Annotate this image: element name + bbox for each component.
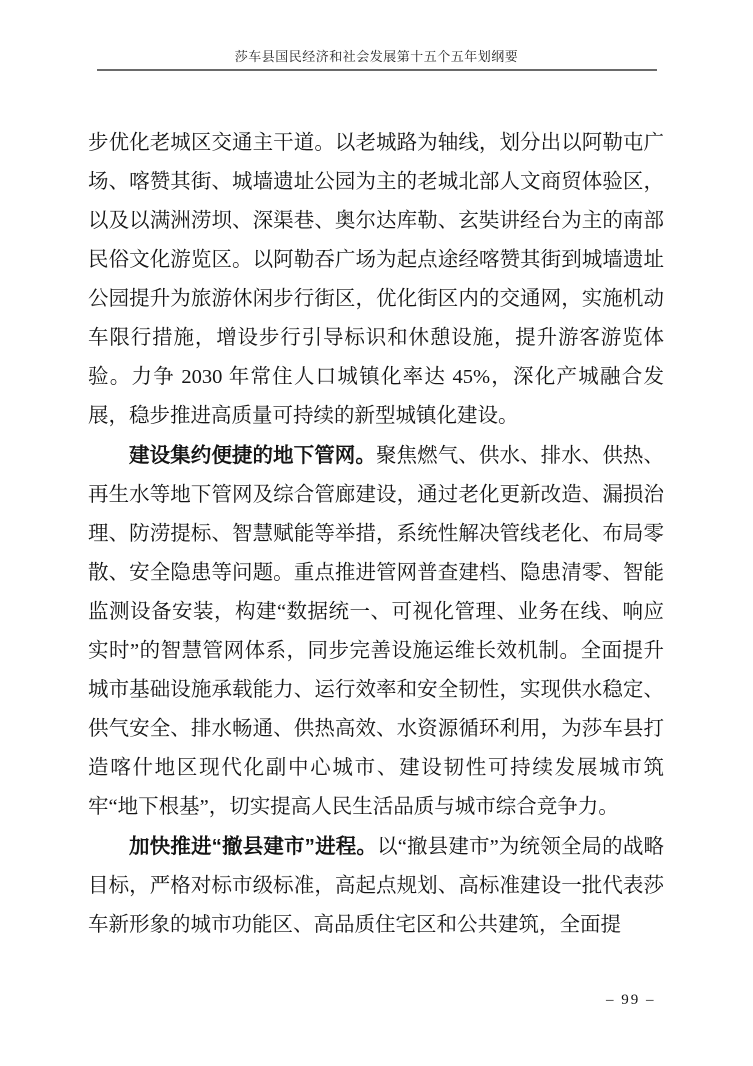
running-header-title: 莎车县国民经济和社会发展第十五个五年划纲要: [0, 46, 753, 65]
paragraph-continuation: 步优化老城区交通主干道。以老城路为轴线，划分出以阿勒屯广场、喀赞其街、城墙遗址公…: [88, 124, 664, 436]
paragraph-text: 步优化老城区交通主干道。以老城路为轴线，划分出以阿勒屯广场、喀赞其街、城墙遗址公…: [88, 132, 664, 427]
page-number: – 99 –: [606, 992, 656, 1009]
paragraph-county-to-city: 加快推进“撤县建市”进程。以“撤县建市”为统领全局的战略目标，严格对标市级标准，…: [88, 827, 664, 945]
paragraph-underground-pipe-network: 建设集约便捷的地下管网。聚焦燃气、供水、排水、供热、再生水等地下管网及综合管廊建…: [88, 436, 664, 827]
document-body: 步优化老城区交通主干道。以老城路为轴线，划分出以阿勒屯广场、喀赞其街、城墙遗址公…: [88, 124, 664, 945]
document-page: 莎车县国民经济和社会发展第十五个五年划纲要 步优化老城区交通主干道。以老城路为轴…: [0, 0, 753, 1066]
paragraph-bold-lead: 加快推进“撤县建市”进程。: [129, 835, 377, 858]
header-rule: [97, 69, 657, 71]
paragraph-bold-lead: 建设集约便捷的地下管网。: [129, 444, 376, 467]
paragraph-text: 聚焦燃气、供水、排水、供热、再生水等地下管网及综合管廊建设，通过老化更新改造、漏…: [88, 445, 664, 818]
